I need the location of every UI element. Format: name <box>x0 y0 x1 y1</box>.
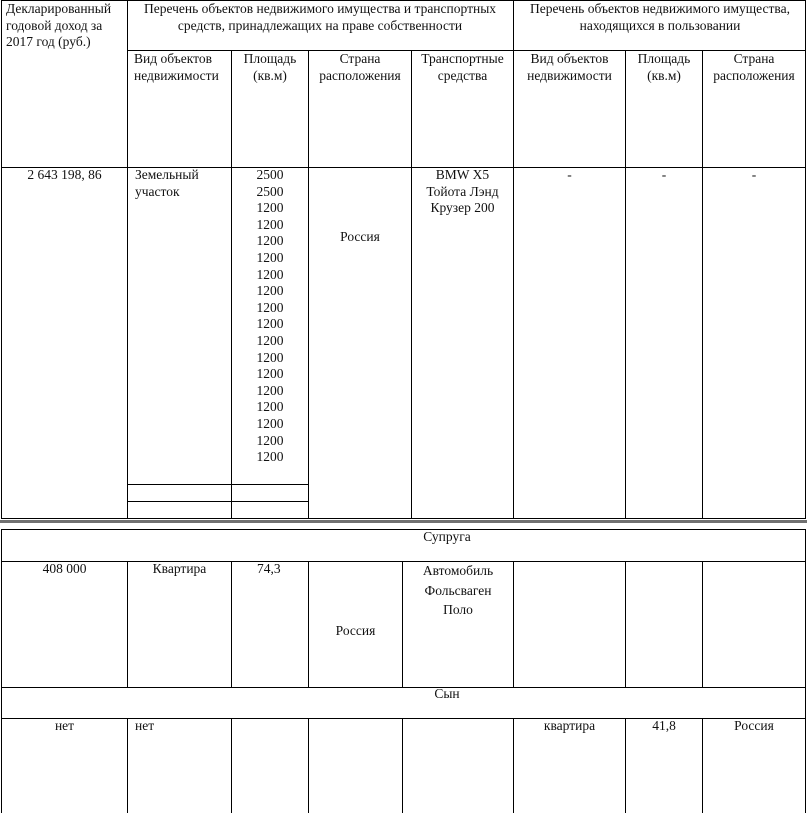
declarant-areas-list: 2500250012001200120012001200120012001200… <box>232 167 308 466</box>
vehicle-item: BMW X5 <box>412 167 513 184</box>
declarant-used-area: - <box>626 167 702 184</box>
spouse-section-title: Супруга <box>2 529 807 546</box>
header-owned-area: Площадь (кв.м) <box>232 51 308 84</box>
area-item: 1200 <box>232 433 308 450</box>
spouse-area: 74,3 <box>257 561 307 578</box>
table-separator <box>0 520 807 523</box>
area-item: 1200 <box>232 233 308 250</box>
area-item: 1200 <box>232 300 308 317</box>
area-item: 1200 <box>232 333 308 350</box>
vehicle-item: Крузер 200 <box>412 200 513 217</box>
vehicle-item: Тойота Лэнд <box>412 184 513 201</box>
spouse-vehicles-list: АвтомобильФольсвагенПоло <box>403 561 513 620</box>
spouse-property-type: Квартира <box>128 561 231 578</box>
spouse-income: 408 000 <box>2 561 127 578</box>
vehicle-item: Автомобиль <box>403 561 513 581</box>
header-used-area: Площадь (кв.м) <box>626 51 702 84</box>
header-owned-vehicles: Транспортные средства <box>412 51 513 84</box>
header-used-type: Вид объектов недвижимости <box>514 51 625 84</box>
header-owned-type: Вид объектов недвижимости <box>134 51 230 84</box>
area-item: 1200 <box>232 350 308 367</box>
area-item: 2500 <box>232 184 308 201</box>
vehicle-item: Фольсваген <box>403 581 513 601</box>
area-item: 1200 <box>232 250 308 267</box>
area-item: 1200 <box>232 267 308 284</box>
area-item: 2500 <box>232 167 308 184</box>
son-income: нет <box>2 718 127 735</box>
declarant-income: 2 643 198, 86 <box>2 167 127 184</box>
area-item: 1200 <box>232 283 308 300</box>
header-used-group: Перечень объектов недвижимого имущества,… <box>516 1 804 34</box>
declarant-country: Россия <box>309 229 411 246</box>
son-section-title: Сын <box>2 686 807 703</box>
declarant-property-type: Земельный участок <box>135 167 227 200</box>
header-owned-country: Страна расположения <box>309 51 411 84</box>
area-item: 1200 <box>232 217 308 234</box>
area-item: 1200 <box>232 316 308 333</box>
header-used-country: Страна расположения <box>703 51 805 84</box>
son-used-type: квартира <box>514 718 625 735</box>
declarant-used-country: - <box>703 167 805 184</box>
son-used-area: 41,8 <box>626 718 702 735</box>
vehicle-item: Поло <box>403 600 513 620</box>
son-used-country: Россия <box>703 718 805 735</box>
son-property-type: нет <box>135 718 227 735</box>
area-item: 1200 <box>232 416 308 433</box>
header-income: Декларированный годовой доход за 2017 го… <box>6 1 126 51</box>
area-item: 1200 <box>232 366 308 383</box>
area-item: 1200 <box>232 200 308 217</box>
area-item: 1200 <box>232 383 308 400</box>
area-item: 1200 <box>232 399 308 416</box>
header-owned-group: Перечень объектов недвижимого имущества … <box>140 1 500 34</box>
declarant-used-type: - <box>514 167 625 184</box>
area-item: 1200 <box>232 449 308 466</box>
spouse-country: Россия <box>309 623 402 640</box>
declarant-vehicles-list: BMW X5Тойота ЛэндКрузер 200 <box>412 167 513 217</box>
